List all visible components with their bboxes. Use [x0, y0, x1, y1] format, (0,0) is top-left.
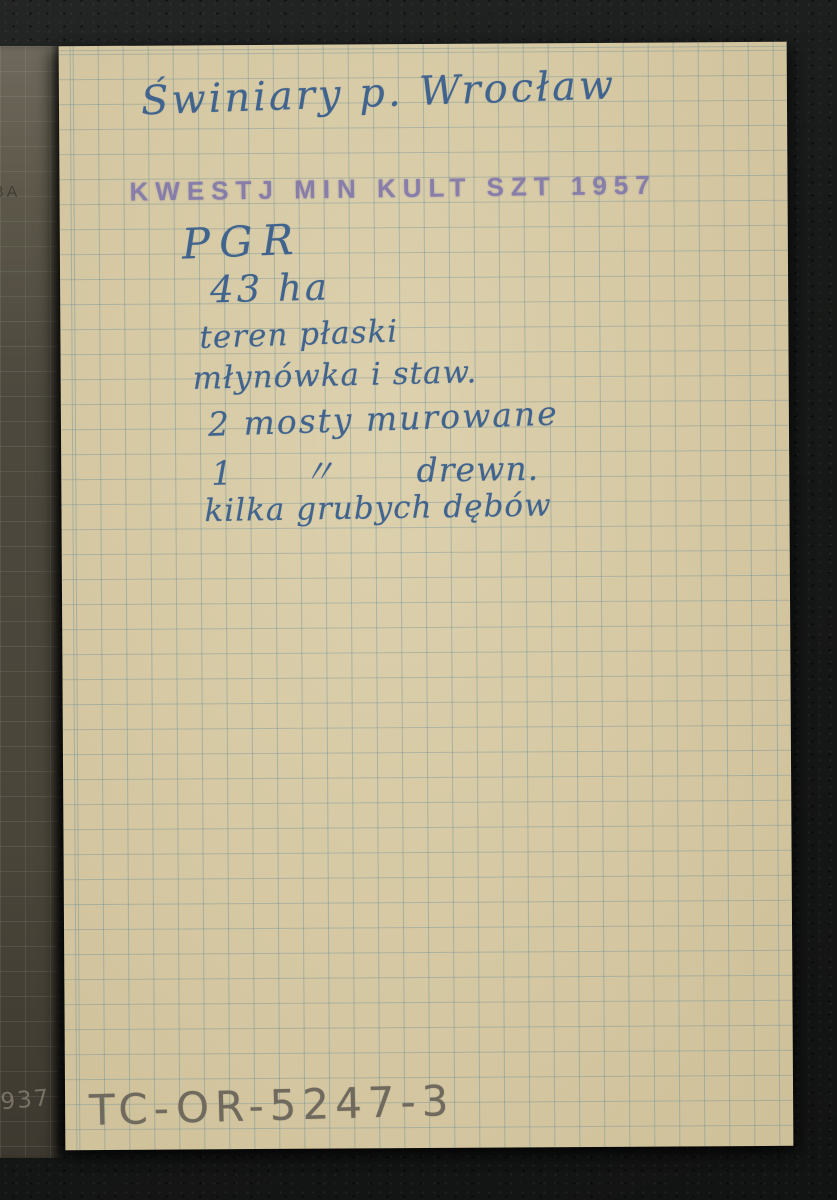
- note-line: 1 〃 drewn.: [211, 443, 539, 495]
- note-line: PGR: [181, 215, 303, 269]
- handwritten-title: Świniary p. Wrocław: [140, 62, 617, 124]
- note-line: 2 mosty murowane: [207, 394, 559, 444]
- index-card: Świniary p. Wrocław KWESTJ MIN KULT SZT …: [59, 42, 794, 1150]
- adjacent-page-edge: BA 9937: [0, 46, 60, 1158]
- note-line: kilka grubych dębów: [204, 487, 552, 529]
- margin-fragment-top: BA: [0, 184, 20, 202]
- margin-fragment-bottom: 9937: [0, 1085, 52, 1117]
- note-line: teren płaski: [199, 314, 399, 356]
- scanned-archive-card-page: BA 9937 Świniary p. Wrocław KWESTJ MIN K…: [0, 0, 837, 1200]
- catalog-number: TC-OR-5247-3: [89, 1076, 456, 1135]
- ministry-questionnaire-stamp: KWESTJ MIN KULT SZT 1957: [129, 170, 657, 208]
- note-line: 43 ha: [210, 266, 331, 312]
- note-line: młynówka i staw.: [192, 354, 477, 397]
